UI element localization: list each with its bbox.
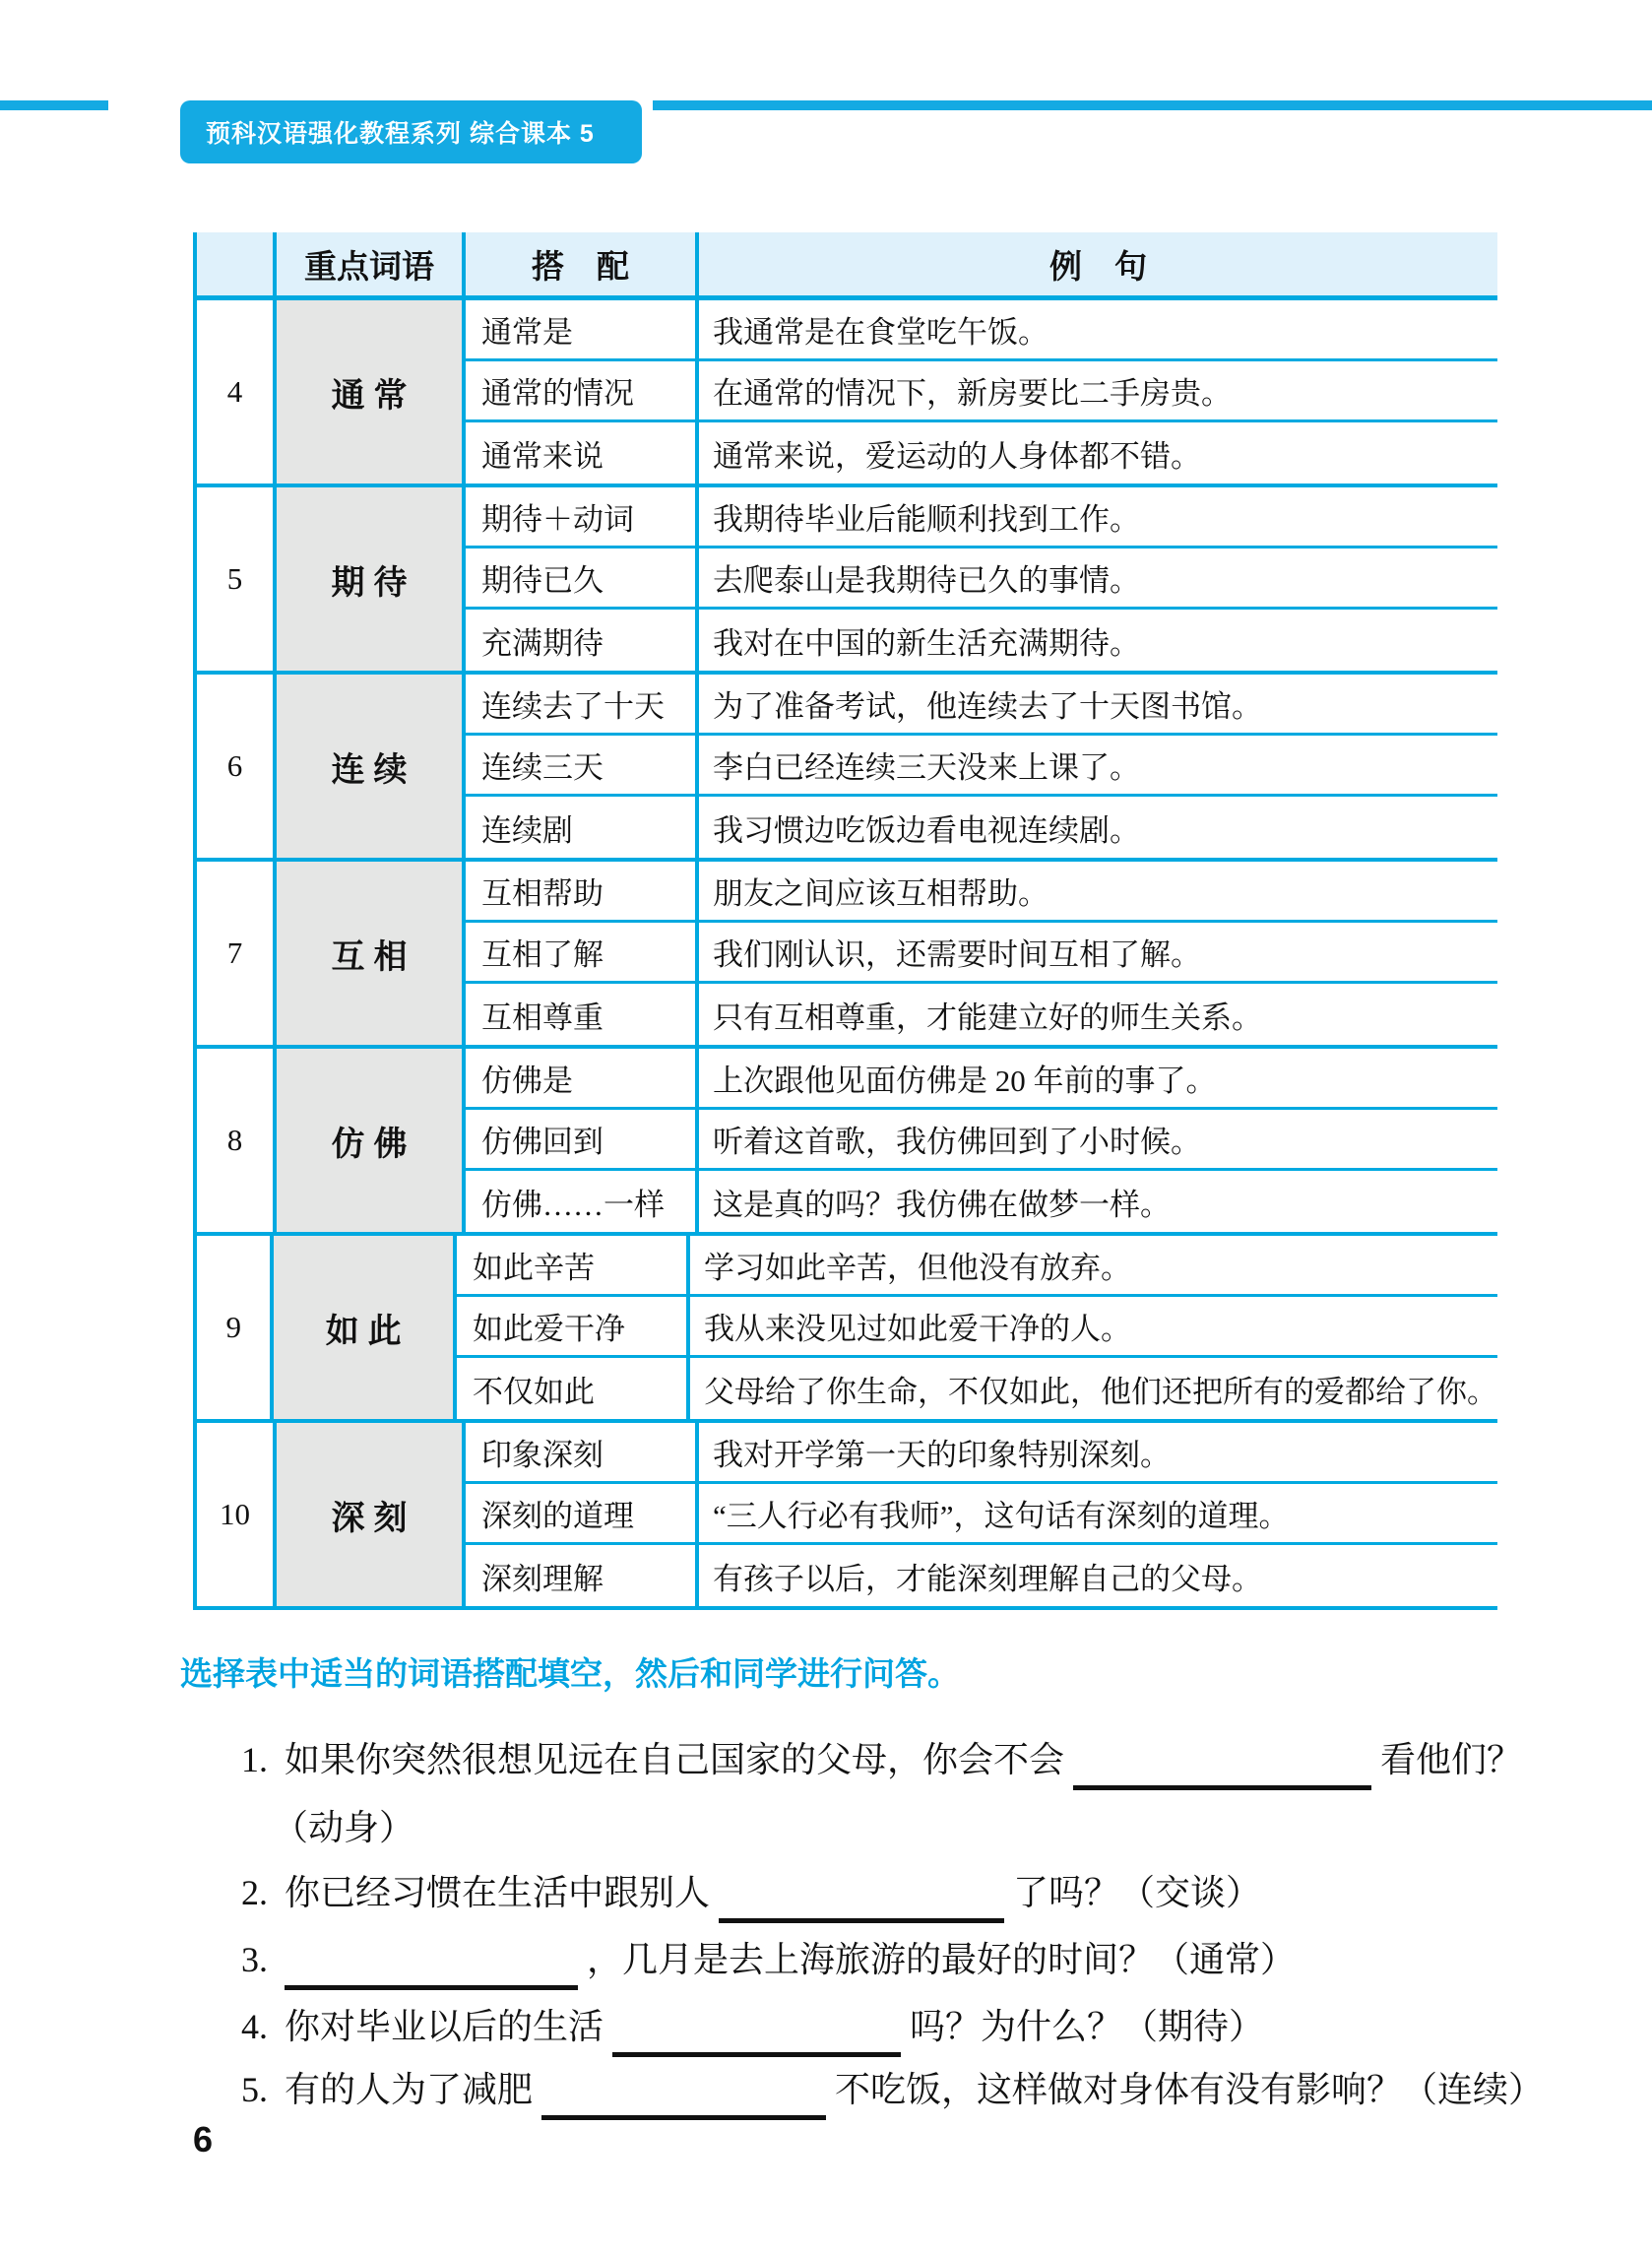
keyword-cell: 通常 xyxy=(277,300,466,484)
exercise-text-pre: 有的人为了减肥 xyxy=(285,2070,533,2109)
collocation-cell: 深刻理解 xyxy=(466,1545,699,1606)
collocation-subrow: 连续剧 我习惯边吃饭边看电视连续剧。 xyxy=(466,797,1497,858)
collocation-cell: 通常是 xyxy=(466,300,699,358)
subrows: 期待＋动词 我期待毕业后能顺利找到工作。 期待已久 去爬泰山是我期待已久的事情。… xyxy=(466,487,1497,671)
series-badge: 预科汉语强化教程系列 综合课本 5 xyxy=(180,100,642,163)
example-cell: 有孩子以后，才能深刻理解自己的父母。 xyxy=(699,1545,1497,1606)
collocation-cell: 通常来说 xyxy=(466,422,699,484)
keyword-cell: 如此 xyxy=(274,1236,457,1419)
example-cell: 我们刚认识，还需要时间互相了解。 xyxy=(699,923,1497,981)
subrows: 仿佛是 上次跟他见面仿佛是 20 年前的事了。 仿佛回到 听着这首歌，我仿佛回到… xyxy=(466,1049,1497,1232)
keyword-cell: 连续 xyxy=(277,675,466,858)
collocation-subrow: 深刻理解 有孩子以后，才能深刻理解自己的父母。 xyxy=(466,1545,1497,1606)
exercise-number: 2. xyxy=(241,1870,268,1915)
example-cell: 我对开学第一天的印象特别深刻。 xyxy=(699,1423,1497,1481)
header-cell-number xyxy=(197,232,277,295)
collocation-subrow: 连续去了十天 为了准备考试，他连续去了十天图书馆。 xyxy=(466,675,1497,736)
exercise-number: 4. xyxy=(241,2004,268,2049)
collocation-subrow: 互相帮助 朋友之间应该互相帮助。 xyxy=(466,862,1497,923)
example-cell: 父母给了你生命，不仅如此，他们还把所有的爱都给了你。 xyxy=(690,1358,1497,1419)
row-number-cell: 10 xyxy=(197,1423,277,1606)
collocation-cell: 连续剧 xyxy=(466,797,699,858)
collocation-subrow: 期待已久 去爬泰山是我期待已久的事情。 xyxy=(466,548,1497,610)
collocation-cell: 连续去了十天 xyxy=(466,675,699,733)
example-cell: 上次跟他见面仿佛是 20 年前的事了。 xyxy=(699,1049,1497,1107)
collocation-subrow: 如此爱干净 我从来没见过如此爱干净的人。 xyxy=(457,1297,1497,1358)
table-body: 4 通常 通常是 我通常是在食堂吃午饭。 通常的情况 在通常的情况下，新房要比二… xyxy=(197,300,1497,1610)
subrows: 连续去了十天 为了准备考试，他连续去了十天图书馆。 连续三天 李白已经连续三天没… xyxy=(466,675,1497,858)
example-cell: 李白已经连续三天没来上课了。 xyxy=(699,736,1497,794)
keyword-cell: 仿佛 xyxy=(277,1049,466,1232)
exercise-item: 1. 如果你突然很想见远在自己国家的父母，你会不会 看他们？ xyxy=(241,1736,1522,1782)
collocation-cell: 印象深刻 xyxy=(466,1423,699,1481)
collocation-cell: 充满期待 xyxy=(466,610,699,671)
row-number-cell: 6 xyxy=(197,675,277,858)
row-number-cell: 5 xyxy=(197,487,277,671)
example-cell: 朋友之间应该互相帮助。 xyxy=(699,862,1497,920)
blank-line xyxy=(719,1918,1004,1923)
fill-in-blank xyxy=(719,1869,1004,1904)
exercise-text-pre: 你已经习惯在生活中跟别人 xyxy=(285,1873,710,1912)
exercise-text-post: 吗？为什么？（期待） xyxy=(910,2007,1264,2046)
exercise-item: 4. 你对毕业以后的生活 吗？为什么？（期待） xyxy=(241,2003,1264,2049)
collocation-cell: 期待＋动词 xyxy=(466,487,699,546)
example-cell: 我对在中国的新生活充满期待。 xyxy=(699,610,1497,671)
collocation-subrow: 仿佛是 上次跟他见面仿佛是 20 年前的事了。 xyxy=(466,1049,1497,1110)
collocation-subrow: 印象深刻 我对开学第一天的印象特别深刻。 xyxy=(466,1423,1497,1484)
fill-in-blank xyxy=(612,2003,901,2038)
collocation-cell: 互相尊重 xyxy=(466,984,699,1045)
collocation-subrow: 如此辛苦 学习如此辛苦，但他没有放弃。 xyxy=(457,1236,1497,1297)
collocation-cell: 仿佛是 xyxy=(466,1049,699,1107)
collocation-cell: 不仅如此 xyxy=(457,1358,690,1419)
vocab-table: 重点词语 搭 配 例 句 4 通常 通常是 我通常是在食堂吃午饭。 通常的情况 … xyxy=(193,232,1497,1610)
example-cell: 只有互相尊重，才能建立好的师生关系。 xyxy=(699,984,1497,1045)
row-number-cell: 8 xyxy=(197,1049,277,1232)
collocation-subrow: 互相尊重 只有互相尊重，才能建立好的师生关系。 xyxy=(466,984,1497,1045)
row-number-cell: 9 xyxy=(197,1236,274,1419)
row-number-cell: 4 xyxy=(197,300,277,484)
example-cell: 在通常的情况下，新房要比二手房贵。 xyxy=(699,361,1497,419)
collocation-subrow: 通常的情况 在通常的情况下，新房要比二手房贵。 xyxy=(466,361,1497,422)
collocation-subrow: 仿佛回到 听着这首歌，我仿佛回到了小时候。 xyxy=(466,1110,1497,1171)
example-cell: 学习如此辛苦，但他没有放弃。 xyxy=(690,1236,1497,1294)
exercise-text-post: 了吗？（交谈） xyxy=(1013,1873,1261,1912)
collocation-cell: 深刻的道理 xyxy=(466,1484,699,1542)
top-bar-left-segment xyxy=(0,100,108,110)
blank-line xyxy=(285,1985,578,1990)
subrows: 如此辛苦 学习如此辛苦，但他没有放弃。 如此爱干净 我从来没见过如此爱干净的人。… xyxy=(457,1236,1497,1419)
table-row: 10 深刻 印象深刻 我对开学第一天的印象特别深刻。 深刻的道理 “三人行必有我… xyxy=(197,1423,1497,1610)
collocation-subrow: 仿佛……一样 这是真的吗？我仿佛在做梦一样。 xyxy=(466,1171,1497,1232)
exercise-continuation-line: （动身） xyxy=(273,1805,414,1850)
fill-in-blank xyxy=(541,2066,826,2101)
collocation-cell: 通常的情况 xyxy=(466,361,699,419)
example-cell: 通常来说，爱运动的人身体都不错。 xyxy=(699,422,1497,484)
collocation-cell: 互相帮助 xyxy=(466,862,699,920)
table-row: 9 如此 如此辛苦 学习如此辛苦，但他没有放弃。 如此爱干净 我从来没见过如此爱… xyxy=(197,1236,1497,1423)
instruction-text: 选择表中适当的词语搭配填空，然后和同学进行问答。 xyxy=(180,1648,960,1695)
example-cell: 听着这首歌，我仿佛回到了小时候。 xyxy=(699,1110,1497,1168)
example-cell: 我期待毕业后能顺利找到工作。 xyxy=(699,487,1497,546)
subrows: 通常是 我通常是在食堂吃午饭。 通常的情况 在通常的情况下，新房要比二手房贵。 … xyxy=(466,300,1497,484)
subrows: 互相帮助 朋友之间应该互相帮助。 互相了解 我们刚认识，还需要时间互相了解。 互… xyxy=(466,862,1497,1045)
collocation-subrow: 期待＋动词 我期待毕业后能顺利找到工作。 xyxy=(466,487,1497,548)
header-cell-example: 例 句 xyxy=(699,232,1497,295)
collocation-cell: 互相了解 xyxy=(466,923,699,981)
exercise-text-post: 看他们？ xyxy=(1380,1740,1522,1779)
fill-in-blank xyxy=(1073,1736,1371,1772)
keyword-cell: 深刻 xyxy=(277,1423,466,1606)
exercise-item: 3. ，几月是去上海旅游的最好的时间？（通常） xyxy=(241,1936,1296,1982)
collocation-cell: 期待已久 xyxy=(466,548,699,607)
keyword-cell: 互相 xyxy=(277,862,466,1045)
collocation-subrow: 不仅如此 父母给了你生命，不仅如此，他们还把所有的爱都给了你。 xyxy=(457,1358,1497,1419)
row-number-cell: 7 xyxy=(197,862,277,1045)
subrows: 印象深刻 我对开学第一天的印象特别深刻。 深刻的道理 “三人行必有我师”，这句话… xyxy=(466,1423,1497,1606)
example-cell: 我习惯边吃饭边看电视连续剧。 xyxy=(699,797,1497,858)
series-badge-text: 预科汉语强化教程系列 综合课本 5 xyxy=(206,114,595,150)
table-row: 6 连续 连续去了十天 为了准备考试，他连续去了十天图书馆。 连续三天 李白已经… xyxy=(197,675,1497,862)
blank-line xyxy=(1073,1785,1371,1790)
keyword-cell: 期待 xyxy=(277,487,466,671)
example-cell: 我从来没见过如此爱干净的人。 xyxy=(690,1297,1497,1355)
collocation-subrow: 连续三天 李白已经连续三天没来上课了。 xyxy=(466,736,1497,797)
header-cell-collocation: 搭 配 xyxy=(466,232,699,295)
table-row: 5 期待 期待＋动词 我期待毕业后能顺利找到工作。 期待已久 去爬泰山是我期待已… xyxy=(197,487,1497,675)
exercise-item: 2. 你已经习惯在生活中跟别人 了吗？（交谈） xyxy=(241,1869,1261,1915)
collocation-subrow: 深刻的道理 “三人行必有我师”，这句话有深刻的道理。 xyxy=(466,1484,1497,1545)
blank-line xyxy=(612,2052,901,2057)
collocation-subrow: 充满期待 我对在中国的新生活充满期待。 xyxy=(466,610,1497,671)
page-number: 6 xyxy=(193,2119,213,2160)
collocation-cell: 仿佛……一样 xyxy=(466,1171,699,1232)
exercise-item: 5. 有的人为了减肥 不吃饭，这样做对身体有没有影响？（连续） xyxy=(241,2066,1544,2112)
fill-in-blank xyxy=(285,1936,578,1971)
collocation-subrow: 通常来说 通常来说，爱运动的人身体都不错。 xyxy=(466,422,1497,484)
exercise-text-pre: 如果你突然很想见远在自己国家的父母，你会不会 xyxy=(285,1740,1064,1779)
exercise-number: 3. xyxy=(241,1937,268,1982)
top-bar-right-segment xyxy=(653,100,1652,110)
table-header-row: 重点词语 搭 配 例 句 xyxy=(197,232,1497,300)
collocation-cell: 如此辛苦 xyxy=(457,1236,690,1294)
example-cell: “三人行必有我师”，这句话有深刻的道理。 xyxy=(699,1484,1497,1542)
example-cell: 我通常是在食堂吃午饭。 xyxy=(699,300,1497,358)
blank-line xyxy=(541,2115,826,2120)
exercise-text-post: 不吃饭，这样做对身体有没有影响？（连续） xyxy=(835,2070,1544,2109)
collocation-subrow: 通常是 我通常是在食堂吃午饭。 xyxy=(466,300,1497,361)
header-cell-word: 重点词语 xyxy=(277,232,466,295)
collocation-cell: 连续三天 xyxy=(466,736,699,794)
table-row: 7 互相 互相帮助 朋友之间应该互相帮助。 互相了解 我们刚认识，还需要时间互相… xyxy=(197,862,1497,1049)
exercise-number: 1. xyxy=(241,1737,268,1782)
collocation-subrow: 互相了解 我们刚认识，还需要时间互相了解。 xyxy=(466,923,1497,984)
collocation-cell: 仿佛回到 xyxy=(466,1110,699,1168)
table-row: 8 仿佛 仿佛是 上次跟他见面仿佛是 20 年前的事了。 仿佛回到 听着这首歌，… xyxy=(197,1049,1497,1236)
example-cell: 这是真的吗？我仿佛在做梦一样。 xyxy=(699,1171,1497,1232)
table-row: 4 通常 通常是 我通常是在食堂吃午饭。 通常的情况 在通常的情况下，新房要比二… xyxy=(197,300,1497,487)
example-cell: 去爬泰山是我期待已久的事情。 xyxy=(699,548,1497,607)
exercise-text-pre: 你对毕业以后的生活 xyxy=(285,2007,604,2046)
collocation-cell: 如此爱干净 xyxy=(457,1297,690,1355)
textbook-page: 预科汉语强化教程系列 综合课本 5 重点词语 搭 配 例 句 4 通常 通常是 … xyxy=(0,0,1652,2257)
exercise-text-post: ，几月是去上海旅游的最好的时间？（通常） xyxy=(587,1940,1296,1979)
exercise-number: 5. xyxy=(241,2067,268,2112)
example-cell: 为了准备考试，他连续去了十天图书馆。 xyxy=(699,675,1497,733)
